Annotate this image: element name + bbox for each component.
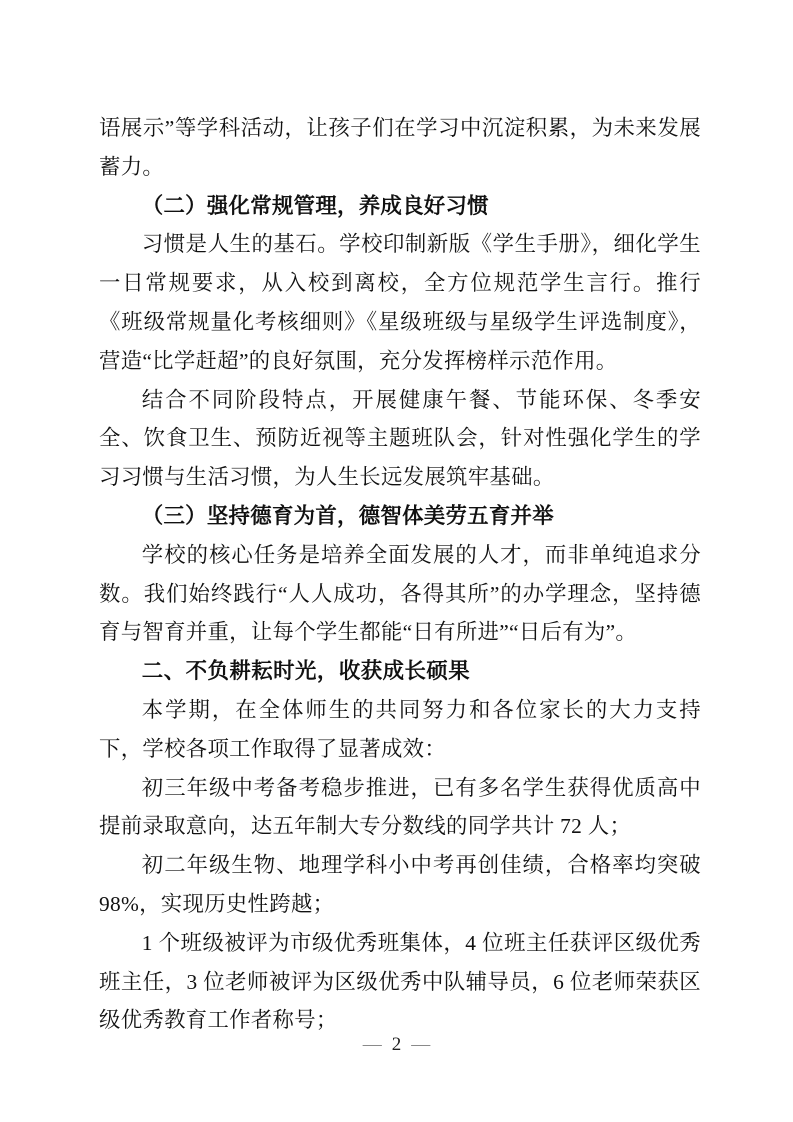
- paragraph: 习惯是人生的基石。学校印制新版《学生手册》，细化学生一日常规要求，从入校到离校，…: [99, 225, 701, 380]
- document-body: 语展示”等学科活动，让孩子们在学习中沉淀积累，为未来发展蓄力。 （二）强化常规管…: [99, 109, 701, 1040]
- footer-right-dash: —: [401, 1034, 440, 1055]
- paragraph-continuation: 语展示”等学科活动，让孩子们在学习中沉淀积累，为未来发展蓄力。: [99, 109, 701, 187]
- page-footer: —2—: [0, 1032, 793, 1058]
- paragraph: 1 个班级被评为市级优秀班集体，4 位班主任获评区级优秀班主任，3 位老师被评为…: [99, 924, 701, 1040]
- chapter-heading: 二、不负耕耘时光，收获成长硕果: [99, 652, 701, 691]
- section-heading-3: （三）坚持德育为首，德智体美劳五育并举: [99, 497, 701, 536]
- paragraph: 学校的核心任务是培养全面发展的人才，而非单纯追求分数。我们始终践行“人人成功，各…: [99, 536, 701, 652]
- paragraph: 初三年级中考备考稳步推进，已有多名学生获得优质高中提前录取意向，达五年制大专分数…: [99, 769, 701, 847]
- paragraph: 本学期，在全体师生的共同努力和各位家长的大力支持下，学校各项工作取得了显著成效：: [99, 691, 701, 769]
- document-page: 语展示”等学科活动，让孩子们在学习中沉淀积累，为未来发展蓄力。 （二）强化常规管…: [0, 0, 793, 1122]
- section-heading-2: （二）强化常规管理，养成良好习惯: [99, 187, 701, 226]
- paragraph: 结合不同阶段特点，开展健康午餐、节能环保、冬季安全、饮食卫生、预防近视等主题班队…: [99, 381, 701, 497]
- footer-left-dash: —: [353, 1034, 392, 1055]
- paragraph: 初二年级生物、地理学科小中考再创佳绩，合格率均突破 98%，实现历史性跨越；: [99, 846, 701, 924]
- footer-page-number: 2: [392, 1034, 402, 1055]
